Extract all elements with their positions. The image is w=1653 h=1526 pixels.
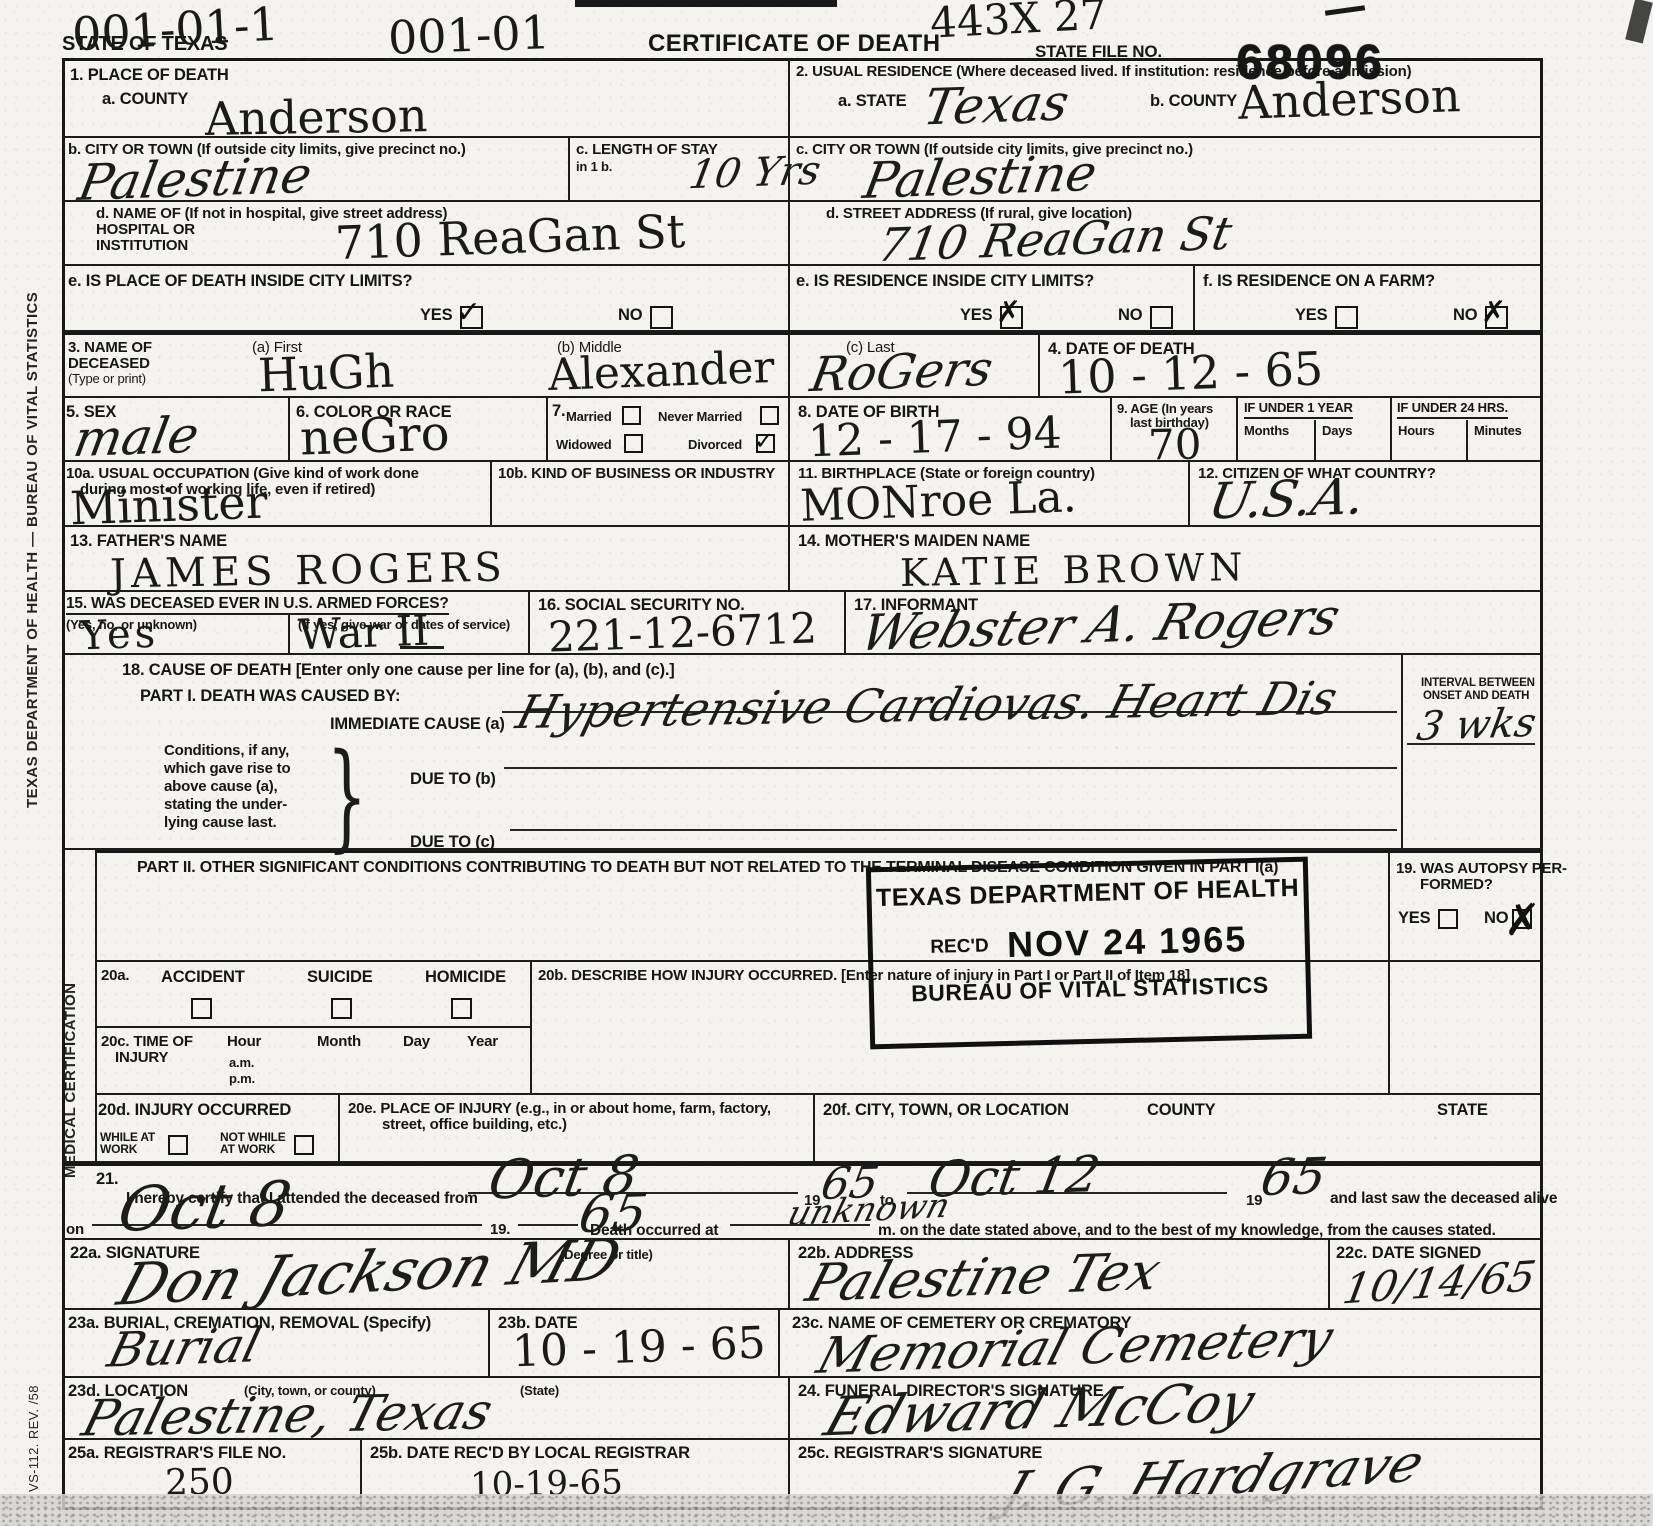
item-20a-label: 20a. xyxy=(101,968,129,985)
stamp-date: NOV 24 1965 xyxy=(1007,918,1248,965)
homicide-label: HOMICIDE xyxy=(425,968,506,986)
never-married-checkbox xyxy=(760,406,779,425)
conditions-brace: } xyxy=(327,729,368,864)
physician-address-value: Palestine Tex xyxy=(799,1242,1167,1314)
occupation-value: Minister xyxy=(69,475,268,536)
accident-label: ACCIDENT xyxy=(161,968,245,986)
field-residence-farm: f. IS RESIDENCE ON A FARM? YES NO ✗ xyxy=(1195,266,1543,332)
cert-alive-date: Oct 8 xyxy=(113,1167,297,1246)
last-name-value: RoGers xyxy=(806,341,997,403)
divorced-checkbox: ✓ xyxy=(756,434,775,453)
residence-limits-yes-checkbox: ✗ xyxy=(1000,306,1023,329)
interval-value: 3 wks xyxy=(1414,700,1540,750)
divorced-label: Divorced xyxy=(688,438,742,452)
field-place-city-limits: e. IS PLACE OF DEATH INSIDE CITY LIMITS?… xyxy=(62,266,790,332)
residence-county-value: Anderson xyxy=(1237,68,1461,130)
day-label: Day xyxy=(403,1034,430,1051)
checkmark: ✗ xyxy=(1504,895,1541,946)
days-label: Days xyxy=(1322,424,1352,438)
residence-farm-label: f. IS RESIDENCE ON A FARM? xyxy=(1203,272,1435,290)
married-checkbox xyxy=(622,406,641,425)
field-interval-onset-death: INTERVAL BETWEEN ONSET AND DEATH xyxy=(1403,655,1543,850)
date-of-death-value: 10 - 12 - 65 xyxy=(1057,341,1324,404)
while-at-work-label-2: WORK xyxy=(100,1143,137,1156)
farm-no-checkbox: ✗ xyxy=(1485,306,1508,329)
due-to-c-label: DUE TO (c) xyxy=(410,833,495,851)
time-of-injury-label-2: INJURY xyxy=(115,1050,168,1067)
age-value: 70 xyxy=(1148,420,1202,470)
residence-limits-no-checkbox xyxy=(1150,306,1173,329)
cert-on: on xyxy=(66,1222,84,1239)
months-label: Months xyxy=(1244,424,1289,438)
checkmark: ✗ xyxy=(1481,295,1506,330)
sex-value: male xyxy=(69,406,203,468)
injury-county-label: COUNTY xyxy=(1147,1101,1215,1119)
not-while-at-work-checkbox xyxy=(294,1135,314,1155)
mothers-maiden-name-value: KATIE BROWN xyxy=(900,545,1248,595)
conditions-note-2: which gave rise to xyxy=(164,761,290,778)
conditions-note-4: stating the under- xyxy=(164,797,287,814)
cert-to-date: Oct 12 xyxy=(924,1145,1104,1209)
residence-limits-label: e. IS RESIDENCE INSIDE CITY LIMITS? xyxy=(796,272,1094,290)
county-label: a. COUNTY xyxy=(102,90,188,108)
interval-label-1: INTERVAL BETWEEN xyxy=(1421,677,1535,690)
under-24-hrs-label: IF UNDER 24 HRS. xyxy=(1397,401,1508,419)
homicide-checkbox xyxy=(451,998,472,1019)
month-label: Month xyxy=(317,1034,361,1051)
place-city-value: Palestine xyxy=(74,146,316,212)
under-24-divider xyxy=(1466,420,1468,462)
farm-yes-checkbox xyxy=(1335,306,1358,329)
field-autopsy: 19. WAS AUTOPSY PER- FORMED? YES NO ✗ xyxy=(1390,850,1543,962)
cert-line-4 xyxy=(518,1224,578,1226)
not-while-at-work-label-2: AT WORK xyxy=(220,1143,275,1156)
hours-label: Hours xyxy=(1398,424,1435,438)
injury-state-label: STATE xyxy=(1437,1101,1488,1119)
residence-limits-no-label: NO xyxy=(1118,306,1142,324)
received-stamp: TEXAS DEPARTMENT OF HEALTH REC'D NOV 24 … xyxy=(866,857,1312,1050)
field-marital-status: 7. Married Never Married Widowed Divorce… xyxy=(548,398,790,462)
margin-agency-text: TEXAS DEPARTMENT OF HEALTH — BUREAU OF V… xyxy=(24,242,41,808)
accident-checkbox xyxy=(191,998,212,1019)
checkmark: ✓ xyxy=(456,295,481,330)
date-recd-label: 25b. DATE REC'D BY LOCAL REGISTRAR xyxy=(370,1444,690,1462)
citizen-value: U.S.A. xyxy=(1204,467,1369,530)
field-kind-of-business: 10b. KIND OF BUSINESS OR INDUSTRY xyxy=(492,462,790,527)
cert-text-4: m. on the date stated above, and to the … xyxy=(878,1222,1496,1239)
hour-label: Hour xyxy=(227,1034,261,1051)
due-to-c-line xyxy=(510,829,1397,831)
autopsy-yes-checkbox xyxy=(1438,909,1458,929)
middle-name-value: Alexander xyxy=(547,342,775,401)
deceased-label-3: (Type or print) xyxy=(68,372,146,386)
pm-label: p.m. xyxy=(229,1072,255,1086)
never-married-label: Never Married xyxy=(658,410,742,424)
certificate-title: CERTIFICATE OF DEATH xyxy=(648,31,940,58)
kind-of-business-label: 10b. KIND OF BUSINESS OR INDUSTRY xyxy=(498,466,775,483)
stamp-line-3: BUREAU OF VITAL STATISTICS xyxy=(874,971,1307,1009)
part1-label: PART I. DEATH WAS CAUSED BY: xyxy=(140,687,400,705)
handwritten-code-mid: 001-01 xyxy=(387,5,551,65)
place-of-injury-label-2: street, office building, etc.) xyxy=(382,1117,567,1134)
place-limits-yes-label: YES xyxy=(420,306,452,324)
cert-year-2: 65 xyxy=(1257,1147,1331,1207)
burial-type-value: Burial xyxy=(102,1317,266,1378)
stamp-line-1: TEXAS DEPARTMENT OF HEALTH xyxy=(871,874,1304,914)
marital-label: 7. xyxy=(552,402,565,420)
ssn-value: 221-12-6712 xyxy=(547,603,817,661)
place-city-limits-label: e. IS PLACE OF DEATH INSIDE CITY LIMITS? xyxy=(68,272,412,290)
war-value: War II xyxy=(297,606,430,660)
suicide-label: SUICIDE xyxy=(307,968,373,986)
conditions-note-1: Conditions, if any, xyxy=(164,743,289,760)
cause-of-death-label: 18. CAUSE OF DEATH [Enter only one cause… xyxy=(122,661,675,679)
armed-forces-divider xyxy=(288,614,290,655)
under-1-divider xyxy=(1314,420,1316,462)
county-value: Anderson xyxy=(205,88,428,146)
while-at-work-checkbox xyxy=(168,1135,188,1155)
injury-occurred-label: 20d. INJURY OCCURRED xyxy=(98,1101,291,1119)
suicide-checkbox xyxy=(331,998,352,1019)
length-of-stay-sublabel: in 1 b. xyxy=(576,160,612,174)
farm-no-label: NO xyxy=(1453,306,1477,324)
field-injury-blank xyxy=(1390,962,1543,1095)
death-certificate-scan: TEXAS DEPARTMENT OF HEALTH — BUREAU OF V… xyxy=(0,0,1653,1526)
minutes-label: Minutes xyxy=(1474,424,1522,438)
checkmark: ✓ xyxy=(754,427,774,455)
married-label: Married xyxy=(566,410,612,424)
field-residence-city-limits: e. IS RESIDENCE INSIDE CITY LIMITS? YES … xyxy=(790,266,1195,332)
conditions-note-3: above cause (a), xyxy=(164,779,278,796)
scan-noise-strip xyxy=(0,1494,1653,1526)
margin-form-number: VS-112. REV. /58 xyxy=(26,1282,41,1492)
field-if-under-24-hrs: IF UNDER 24 HRS. Hours Minutes xyxy=(1392,398,1543,462)
scan-smudge xyxy=(1625,0,1653,44)
farm-yes-label: YES xyxy=(1295,306,1327,324)
autopsy-yes-label: YES xyxy=(1398,909,1430,927)
due-to-b-label: DUE TO (b) xyxy=(410,770,496,788)
field-injury-city-county-state: 20f. CITY, TOWN, OR LOCATION COUNTY STAT… xyxy=(815,1095,1543,1163)
first-name-value: HuGh xyxy=(257,344,395,403)
field-injury-occurred: 20d. INJURY OCCURRED WHILE AT WORK NOT W… xyxy=(62,1095,340,1163)
residence-state-value: Texas xyxy=(919,74,1073,137)
field-accident-suicide-homicide: 20a. ACCIDENT SUICIDE HOMICIDE xyxy=(95,962,532,1028)
handwritten-code-left: 001-01-1 xyxy=(71,0,280,61)
date-of-birth-value: 12 - 17 - 94 xyxy=(807,408,1062,468)
under-1-year-label: IF UNDER 1 YEAR xyxy=(1244,401,1353,419)
armed-forces-value: Yes xyxy=(79,611,160,660)
item-21-label: 21. xyxy=(96,1170,118,1188)
mothers-maiden-name-label: 14. MOTHER'S MAIDEN NAME xyxy=(798,532,1030,550)
conditions-note-5: lying cause last. xyxy=(164,815,276,832)
year-label: Year xyxy=(467,1034,498,1051)
fathers-name-value: JAMES ROGERS xyxy=(110,545,508,598)
field-time-of-injury: 20c. TIME OF INJURY Hour a.m. p.m. Month… xyxy=(95,1028,532,1095)
fathers-name-label: 13. FATHER'S NAME xyxy=(70,532,227,550)
hospital-label-3: INSTITUTION xyxy=(96,238,188,255)
injury-city-label: 20f. CITY, TOWN, OR LOCATION xyxy=(823,1101,1069,1119)
autopsy-no-checkbox: ✗ xyxy=(1512,909,1532,929)
color-race-value: neGro xyxy=(299,405,450,466)
place-limits-yes-checkbox: ✓ xyxy=(460,306,483,329)
burial-location-value: Palestine, Texas xyxy=(76,1382,498,1447)
checkmark: ✗ xyxy=(996,295,1021,330)
am-label: a.m. xyxy=(229,1056,254,1070)
place-limits-no-label: NO xyxy=(618,306,642,324)
burial-date-value: 10 - 19 - 65 xyxy=(511,1318,766,1378)
widowed-checkbox xyxy=(624,434,643,453)
scan-smudge xyxy=(1325,5,1365,16)
place-limits-no-checkbox xyxy=(650,306,673,329)
residence-county-label: b. COUNTY xyxy=(1150,92,1237,110)
residence-city-value: Palestine xyxy=(859,144,1101,210)
handwritten-code-right: 443X 27 xyxy=(929,0,1108,48)
length-of-stay-value: 10 Yrs xyxy=(685,148,824,198)
due-to-b-line xyxy=(504,767,1397,769)
birthplace-value: MONroe La. xyxy=(799,471,1077,532)
field-if-under-1-year: IF UNDER 1 YEAR Months Days xyxy=(1238,398,1392,462)
cert-text-2: and last saw the deceased alive xyxy=(1330,1190,1557,1207)
residence-limits-yes-label: YES xyxy=(960,306,992,324)
stamp-recd-label: REC'D xyxy=(930,935,989,957)
autopsy-label-2: FORMED? xyxy=(1420,877,1493,894)
state-sublabel: (State) xyxy=(520,1384,559,1398)
place-of-death-label: 1. PLACE OF DEATH xyxy=(70,66,229,84)
widowed-label: Widowed xyxy=(556,438,612,452)
residence-state-label: a. STATE xyxy=(838,92,906,110)
scan-smudge xyxy=(575,0,837,7)
